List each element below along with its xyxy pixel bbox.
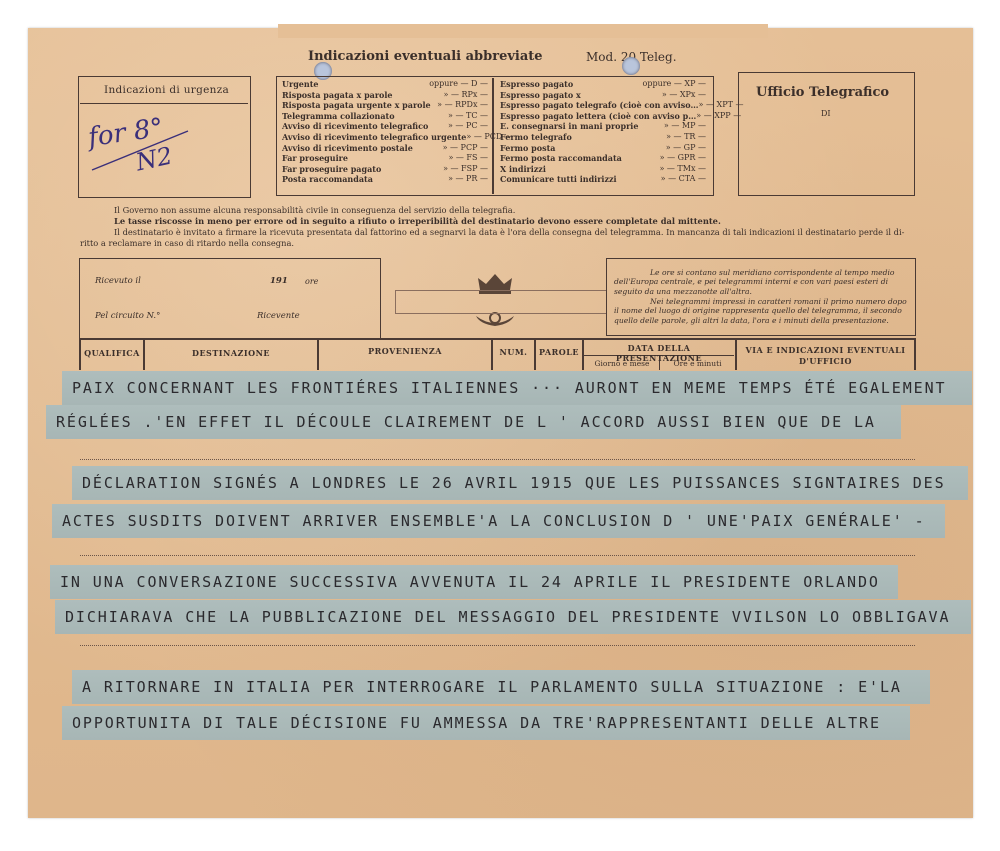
abbrev-code: » — FS —	[448, 153, 488, 164]
header-title: Indicazioni eventuali abbreviate	[308, 49, 543, 64]
abbrev-label: Espresso pagato telegrafo (cioè con avvi…	[500, 100, 699, 111]
abbrev-label: Avviso di ricevimento telegrafico urgent…	[282, 132, 466, 143]
abbrev-code: » — PR —	[448, 174, 488, 185]
abbrev-row: Espresso pagato x» — XPx —	[500, 90, 706, 101]
abbrev-label: Risposta pagata urgente x parole	[282, 100, 431, 111]
abbrev-row: Comunicare tutti indirizzi» — CTA —	[500, 174, 706, 185]
abbrev-label: Espresso pagato x	[500, 90, 581, 101]
circuit-label: Pel circuito N.°	[95, 311, 160, 321]
col-num: NUM.	[493, 347, 534, 357]
abbrev-right-list: Espresso pagatooppure — XP —Espresso pag…	[500, 79, 706, 185]
stamp-slot	[395, 290, 607, 314]
received-label: Ricevuto il	[95, 276, 141, 286]
paper-top-tab	[278, 24, 768, 38]
abbrev-left-list: Urgenteoppure — D —Risposta pagata x par…	[282, 79, 488, 185]
abbrev-code: » — TMx —	[659, 164, 706, 175]
urgency-title: Indicazioni di urgenza	[104, 84, 229, 96]
col-via-2: D'UFFICIO	[737, 356, 914, 366]
abbrev-code: » — TR —	[666, 132, 706, 143]
abbrev-row: Posta raccomandata» — PR —	[282, 174, 488, 185]
notice-line-3: Il destinatario è invitato a firmare la …	[114, 227, 974, 238]
abbrev-row: Avviso di ricevimento telegrafico urgent…	[282, 132, 488, 143]
abbrev-label: E. consegnarsi in mani proprie	[500, 121, 638, 132]
abbrev-row: Fermo telegrafo» — TR —	[500, 132, 706, 143]
abbrev-label: Urgente	[282, 79, 318, 90]
abbrev-code: » — MP —	[664, 121, 706, 132]
hours-note-1: Le ore si contano sul meridiano corrispo…	[614, 268, 910, 296]
abbrev-label: Far proseguire pagato	[282, 164, 381, 175]
notice-line-4: ritto a reclamare in caso di ritardo nel…	[80, 238, 294, 249]
receipt-box	[79, 258, 381, 340]
col-parole: PAROLE	[536, 347, 582, 357]
rule-line	[80, 645, 915, 646]
abbrev-label: Fermo telegrafo	[500, 132, 572, 143]
col-sep	[914, 338, 916, 370]
abbrev-row: Avviso di ricevimento postale» — PCP —	[282, 143, 488, 154]
message-strip: IN UNA CONVERSAZIONE SUCCESSIVA AVVENUTA…	[50, 565, 898, 599]
message-strip: OPPORTUNITA DI TALE DÉCISIONE FU AMMESSA…	[62, 706, 910, 740]
abbrev-row: Far proseguire pagato» — FSP —	[282, 164, 488, 175]
message-strip: DICHIARAVA CHE LA PUBBLICAZIONE DEL MESS…	[55, 600, 971, 634]
col-via-1: VIA E INDICAZIONI EVENTUALI	[737, 345, 914, 355]
col-provenienza: PROVENIENZA	[319, 346, 491, 356]
abbrev-code: » — XPP —	[696, 111, 741, 122]
abbrev-code: » — CTA —	[661, 174, 706, 185]
abbrev-row: Far proseguire» — FS —	[282, 153, 488, 164]
abbrev-row: Risposta pagata x parole» — RPx —	[282, 90, 488, 101]
rule-line	[80, 555, 915, 556]
abbrev-label: Posta raccomandata	[282, 174, 373, 185]
columns-top-line	[79, 338, 914, 340]
abbrev-code: » — RPDx —	[437, 100, 488, 111]
abbrev-row: Fermo posta raccomandata» — GPR —	[500, 153, 706, 164]
abbrev-label: Avviso di ricevimento telegrafico	[282, 121, 428, 132]
message-strip: DÉCLARATION SIGNÉS A LONDRES LE 26 AVRIL…	[72, 466, 968, 500]
col-giorno: Giorno e mese	[586, 359, 658, 368]
col-ore: Ore e minuti	[661, 359, 734, 368]
abbrev-label: Avviso di ricevimento postale	[282, 143, 413, 154]
abbrev-row: Fermo posta» — GP —	[500, 143, 706, 154]
abbrev-row: E. consegnarsi in mani proprie» — MP —	[500, 121, 706, 132]
message-strip: PAIX CONCERNANT LES FRONTIÉRES ITALIENNE…	[62, 371, 972, 405]
message-strip: RÉGLÉES .'EN EFFET IL DÉCOULE CLAIREMENT…	[46, 405, 901, 439]
abbrev-code: » — PCP —	[443, 143, 488, 154]
abbrev-code: » — FSP —	[443, 164, 488, 175]
office-sub: DI	[821, 109, 831, 118]
message-strip: ACTES SUSDITS DOIVENT ARRIVER ENSEMBLE'A…	[52, 504, 945, 538]
abbrev-label: Far proseguire	[282, 153, 348, 164]
abbrev-row: Espresso pagato telegrafo (cioè con avvi…	[500, 100, 706, 111]
rule-line	[80, 459, 915, 460]
urgency-divider	[80, 103, 248, 104]
col-destinazione: DESTINAZIONE	[145, 348, 317, 358]
abbrev-label: Risposta pagata x parole	[282, 90, 393, 101]
notice-line-2: Le tasse riscosse in meno per errore od …	[114, 216, 721, 227]
abbrev-label: X indirizzi	[500, 164, 546, 175]
abbrev-label: Espresso pagato	[500, 79, 573, 90]
col-qualifica: QUALIFICA	[81, 348, 143, 358]
receiver-label: Ricevente	[257, 311, 300, 321]
abbrev-code: » — RPx —	[444, 90, 488, 101]
punch-hole-right	[622, 57, 640, 75]
abbrev-row: Avviso di ricevimento telegrafico» — PC …	[282, 121, 488, 132]
abbrev-code: oppure — XP —	[643, 79, 706, 90]
hour-label: ore	[305, 277, 318, 286]
abbrev-label: Telegramma collazionato	[282, 111, 395, 122]
abbrev-row: Espresso pagato lettera (cioè con avviso…	[500, 111, 706, 122]
abbrev-row: Risposta pagata urgente x parole» — RPDx…	[282, 100, 488, 111]
abbrev-label: Espresso pagato lettera (cioè con avviso…	[500, 111, 696, 122]
abbrev-row: Urgenteoppure — D —	[282, 79, 488, 90]
abbrev-code: » — PC —	[448, 121, 488, 132]
abbrev-code: oppure — D —	[429, 79, 488, 90]
abbrev-code: » — TC —	[448, 111, 488, 122]
notice-line-1: Il Governo non assume alcuna responsabil…	[114, 205, 515, 216]
abbrev-row: Espresso pagatooppure — XP —	[500, 79, 706, 90]
abbrev-label: Fermo posta raccomandata	[500, 153, 622, 164]
abbrev-code: » — XPT —	[699, 100, 744, 111]
abbrev-code: » — GP —	[666, 143, 706, 154]
abbrev-code: » — GPR —	[660, 153, 706, 164]
office-title: Ufficio Telegrafico	[756, 85, 889, 100]
abbrev-label: Fermo posta	[500, 143, 555, 154]
year-label: 191	[270, 276, 288, 286]
abbrev-row: X indirizzi» — TMx —	[500, 164, 706, 175]
abbrev-code: » — XPx —	[662, 90, 706, 101]
message-strip: A RITORNARE IN ITALIA PER INTERROGARE IL…	[72, 670, 930, 704]
hours-note-2: Nei telegrammi impressi in caratteri rom…	[614, 297, 910, 325]
abbrev-label: Comunicare tutti indirizzi	[500, 174, 617, 185]
abbrev-row: Telegramma collazionato» — TC —	[282, 111, 488, 122]
